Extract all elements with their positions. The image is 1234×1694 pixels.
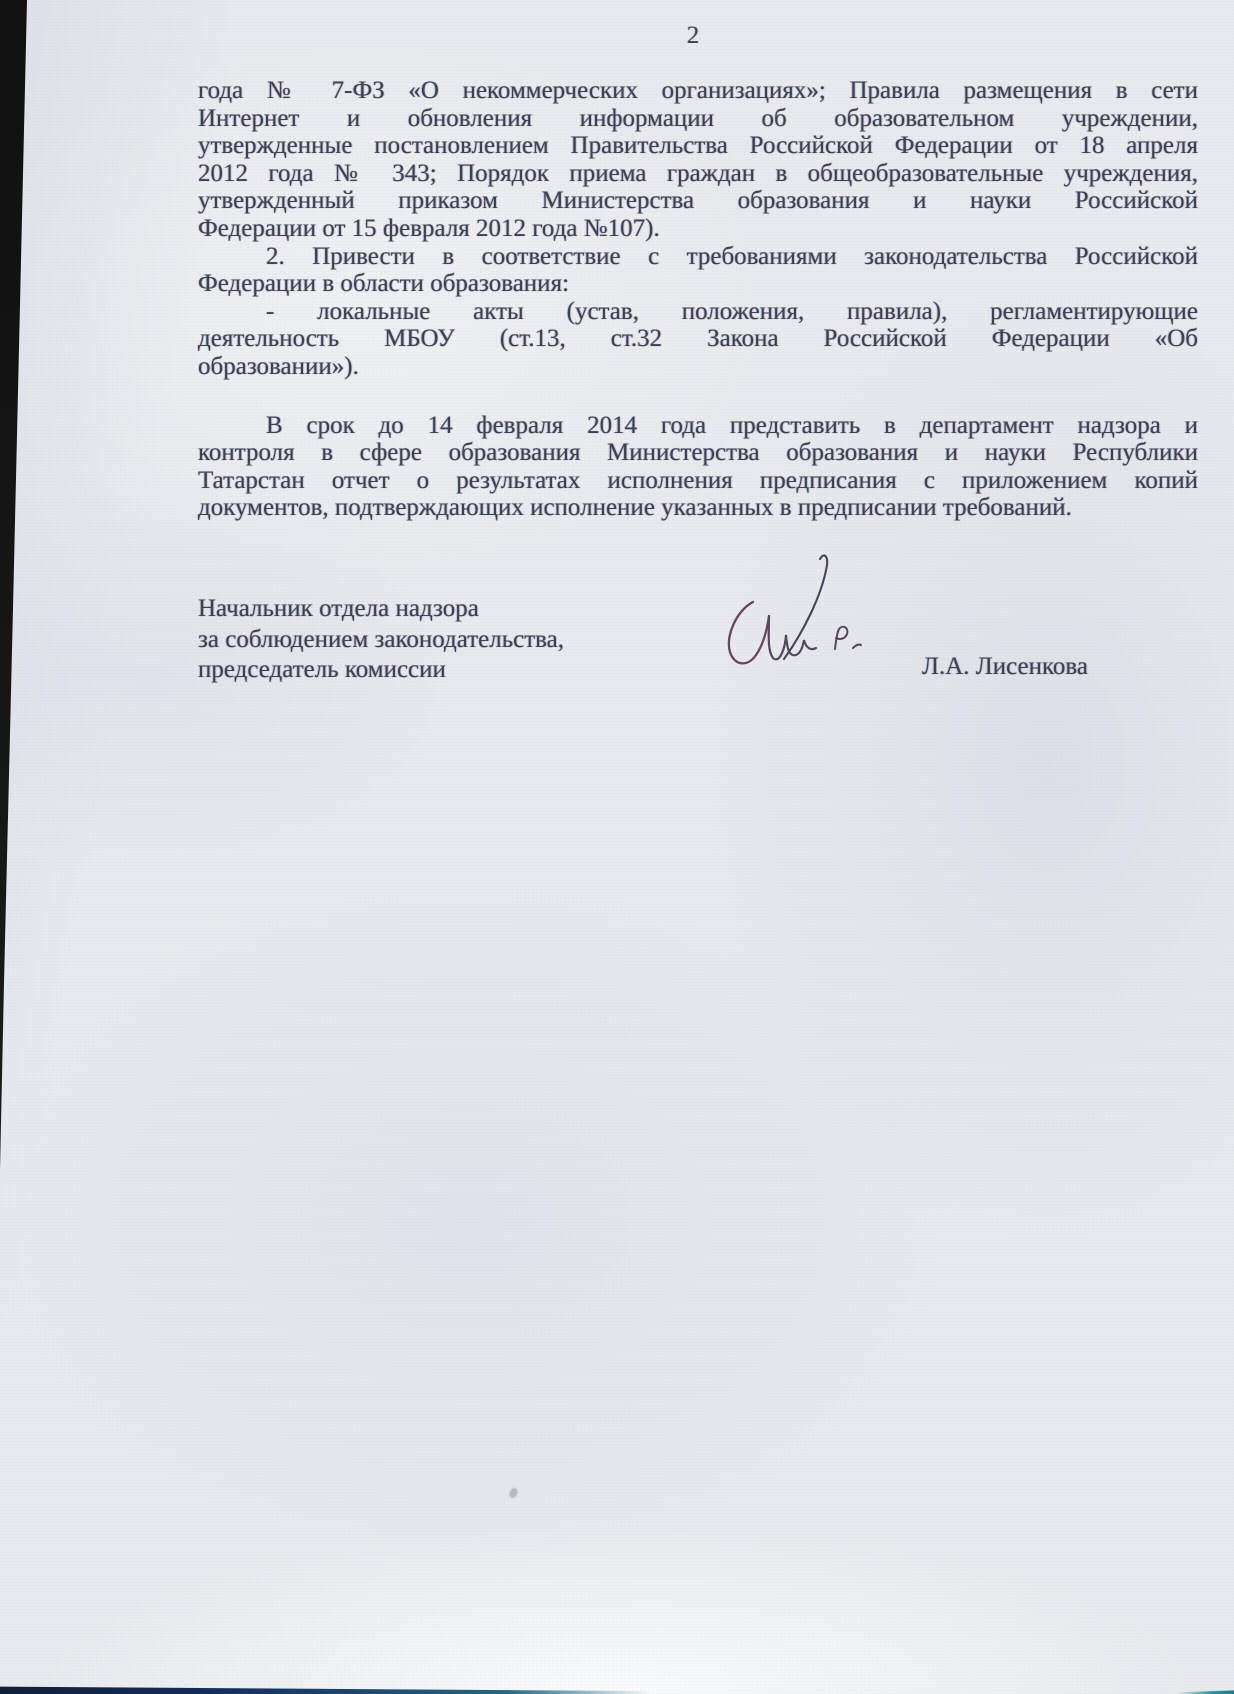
text-line: Интернет и обновления информации об обра… xyxy=(198,105,1198,133)
text-line: контроля в сфере образования Министерств… xyxy=(198,439,1198,467)
text-line: Федерации в области образования: xyxy=(198,270,1198,298)
document-body: года № 7-ФЗ «О некоммерческих организаци… xyxy=(198,77,1198,522)
text-line: года № 7-ФЗ «О некоммерческих организаци… xyxy=(198,77,1198,105)
signoff-role-line: за соблюдением законодательства, xyxy=(198,625,1198,656)
text-line: документов, подтверждающих исполнение ук… xyxy=(198,494,1198,522)
text-line: - локальные акты (устав, положения, прав… xyxy=(198,298,1198,326)
signoff-block: Начальник отдела надзора за соблюдением … xyxy=(198,594,1198,686)
paper-speck xyxy=(508,1487,518,1499)
page-number: 2 xyxy=(648,22,738,50)
text-line: утвержденный приказом Министерства образ… xyxy=(198,187,1198,215)
signoff-role-line: Начальник отдела надзора xyxy=(198,594,1198,625)
signoff-name: Л.А. Лисенкова xyxy=(922,652,1234,683)
text-line: 2. Привести в соответствие с требованиям… xyxy=(198,243,1198,271)
scanned-document-page: 2 года № 7-ФЗ «О некоммерческих организа… xyxy=(0,0,1234,1694)
scan-edge-bottom-right xyxy=(1176,1690,1234,1694)
text-line: утвержденные постановлением Правительств… xyxy=(198,132,1198,160)
text-line: В срок до 14 февраля 2014 года представи… xyxy=(198,412,1198,440)
handwritten-signature xyxy=(723,550,863,678)
scan-edge-bottom xyxy=(0,1685,650,1694)
text-line: Татарстан отчет о результатах исполнения… xyxy=(198,467,1198,495)
text-line: 2012 года № 343; Порядок приема граждан … xyxy=(198,160,1198,188)
text-line: образовании»). xyxy=(198,353,1198,381)
text-line: деятельность МБОУ (ст.13, ст.32 Закона Р… xyxy=(198,325,1198,353)
scan-edge-left xyxy=(0,0,30,1170)
text-line: Федерации от 15 февраля 2012 года №107). xyxy=(198,215,1198,243)
